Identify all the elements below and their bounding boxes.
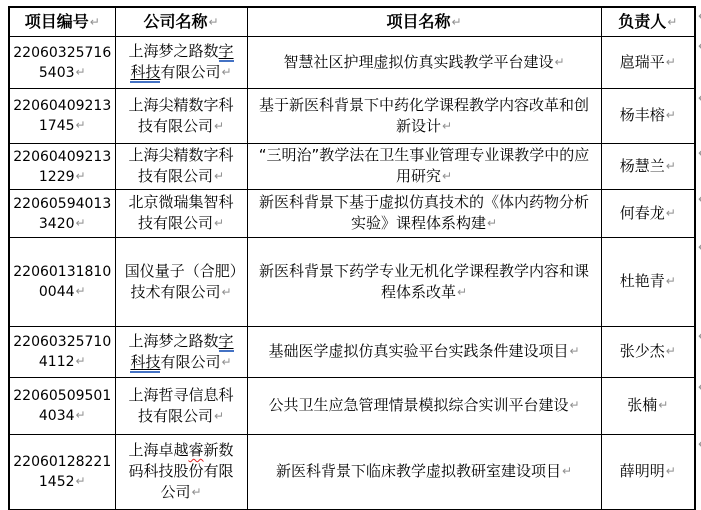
cell-leader[interactable]: 张少杰↵ [601, 327, 695, 378]
leader-text: 杨丰榕 [620, 106, 665, 124]
table-row: 220601318100044↵ 国仪量子（合肥）技术有限公司↵ 新医科背景下药… [9, 238, 695, 327]
cell-company[interactable]: 上海卓越睿新数码科技股份有限公司↵ [115, 435, 247, 510]
paragraph-mark: ↵ [666, 464, 676, 478]
paragraph-mark: ↵ [457, 285, 467, 299]
header-cell-project-id[interactable]: 项目编号↵ [9, 7, 115, 37]
paragraph-mark: ↵ [76, 354, 86, 368]
company-text-segment: 上海梦之路数 [128, 42, 218, 60]
paragraph-mark: ↵ [221, 65, 231, 79]
cell-leader[interactable]: 杨慧兰↵ [601, 144, 695, 190]
table-row: 220603257104112↵ 上海梦之路数字科技有限公司↵ 基础医学虚拟仿真… [9, 327, 695, 378]
header-label: 负责人 [618, 12, 666, 31]
paragraph-mark: ↵ [214, 409, 224, 423]
paragraph-mark: ↵ [658, 398, 668, 412]
company-text: 上海梦之路数字科技有限公司 [128, 42, 233, 83]
cell-project-name[interactable]: 智慧社区护理虚拟仿真实践教学平台建设↵ [247, 37, 601, 89]
cell-project-name[interactable]: 新医科背景下基于虚拟仿真技术的《体内药物分析实验》课程体系构建↵ [247, 190, 601, 238]
table-row: 220601282211452↵ 上海卓越睿新数码科技股份有限公司↵ 新医科背景… [9, 435, 695, 510]
paragraph-mark: ↵ [667, 15, 677, 29]
cell-company[interactable]: 上海梦之路数字科技有限公司↵ [115, 37, 247, 89]
header-cell-company[interactable]: 公司名称↵ [115, 7, 247, 37]
header-cell-leader[interactable]: 负责人↵ [601, 7, 695, 37]
paragraph-mark: ↵ [90, 15, 100, 29]
paragraph-mark: ↵ [442, 119, 452, 133]
table-row: 220603257165403↵ 上海梦之路数字科技有限公司↵ 智慧社区护理虚拟… [9, 37, 695, 89]
paragraph-mark: ↵ [666, 159, 676, 173]
paragraph-mark: ↵ [76, 169, 86, 183]
company-text-segment: 有限公司 [160, 63, 220, 81]
project-name-text: 公共卫生应急管理情景模拟综合实训平台建设 [268, 396, 568, 414]
table-row: 220605940133420↵ 北京微瑞集智科技有限公司↵ 新医科背景下基于虚… [9, 190, 695, 238]
project-name-text: 智慧社区护理虚拟仿真实践教学平台建设 [283, 53, 553, 71]
leader-text: 张少杰 [620, 342, 665, 360]
paragraph-mark: ↵ [214, 169, 224, 183]
cell-project-id[interactable]: 220601282211452↵ [9, 435, 115, 510]
paragraph-mark: ↵ [562, 464, 572, 478]
project-id-text: 220601282211452 [13, 454, 111, 490]
table-row: 220604092131229↵ 上海尖精数字科技有限公司↵ “三明治”教学法在… [9, 144, 695, 190]
paragraph-mark: ↵ [208, 15, 218, 29]
cell-company[interactable]: 上海梦之路数字科技有限公司↵ [115, 327, 247, 378]
leader-text: 扈瑞平 [620, 53, 665, 71]
company-text-segment: 上海卓越 [128, 441, 188, 459]
company-text-segment: 有限公司 [160, 353, 220, 371]
cell-company[interactable]: 上海尖精数字科技有限公司↵ [115, 89, 247, 144]
cell-leader[interactable]: 扈瑞平↵ [601, 37, 695, 89]
project-name-text: “三明治”教学法在卫生事业管理专业课教学中的应用研究 [259, 146, 590, 185]
cell-project-name[interactable]: 基础医学虚拟仿真实验平台实践条件建设项目↵ [247, 327, 601, 378]
table-row: 220605095014034↵ 上海哲寻信息科技有限公司↵ 公共卫生应急管理情… [9, 378, 695, 435]
project-id-text: 220603257165403 [13, 45, 111, 81]
header-label: 项目编号 [25, 12, 89, 31]
cell-project-name[interactable]: 公共卫生应急管理情景模拟综合实训平台建设↵ [247, 378, 601, 435]
cell-company[interactable]: 上海尖精数字科技有限公司↵ [115, 144, 247, 190]
company-text: 上海梦之路数字科技有限公司 [128, 332, 233, 373]
paragraph-mark: ↵ [666, 206, 676, 220]
spellcheck-underline: 睿 [188, 441, 203, 459]
project-name-text: 新医科背景下基于虚拟仿真技术的《体内药物分析实验》课程体系构建 [259, 193, 589, 232]
project-id-text: 220605940133420 [13, 196, 111, 232]
paragraph-mark: ↵ [76, 216, 86, 230]
company-text: 上海卓越睿新数码科技股份有限公司 [128, 441, 233, 501]
document-page: 项目编号↵ 公司名称↵ 项目名称↵ 负责人↵ 220603257165403↵ … [0, 0, 701, 510]
cell-project-name[interactable]: 新医科背景下临床教学虚拟教研室建设项目↵ [247, 435, 601, 510]
cell-project-id[interactable]: 220604092131745↵ [9, 89, 115, 144]
cell-project-id[interactable]: 220605940133420↵ [9, 190, 115, 238]
cell-project-name[interactable]: 基于新医科背景下中药化学课程教学内容改革和创新设计↵ [247, 89, 601, 144]
project-id-text: 220604092131229 [13, 149, 111, 185]
leader-text: 杜艳青 [620, 272, 665, 290]
paragraph-mark: ↵ [569, 344, 579, 358]
cell-project-id[interactable]: 220603257165403↵ [9, 37, 115, 89]
project-name-text: 新医科背景下临床教学虚拟教研室建设项目 [276, 462, 561, 480]
company-text-segment: 上海梦之路数 [128, 332, 218, 350]
project-id-text: 220603257104112 [13, 334, 111, 370]
paragraph-mark: ↵ [221, 285, 231, 299]
paragraph-mark: ↵ [554, 55, 564, 69]
leader-text: 杨慧兰 [620, 157, 665, 175]
project-name-text: 基于新医科背景下中药化学课程教学内容改革和创新设计 [259, 96, 589, 135]
paragraph-mark: ↵ [666, 344, 676, 358]
paragraph-mark: ↵ [76, 408, 86, 422]
project-id-text: 220601318100044 [13, 264, 111, 300]
header-cell-project-name[interactable]: 项目名称↵ [247, 7, 601, 37]
cell-project-name[interactable]: 新医科背景下药学专业无机化学课程教学内容和课程体系改革↵ [247, 238, 601, 327]
table-row: 220604092131745↵ 上海尖精数字科技有限公司↵ 基于新医科背景下中… [9, 89, 695, 144]
paragraph-mark: ↵ [214, 119, 224, 133]
cell-project-name[interactable]: “三明治”教学法在卫生事业管理专业课教学中的应用研究↵ [247, 144, 601, 190]
cell-project-id[interactable]: 220605095014034↵ [9, 378, 115, 435]
paragraph-mark: ↵ [451, 15, 461, 29]
header-label: 项目名称 [386, 12, 450, 31]
project-name-text: 新医科背景下药学专业无机化学课程教学内容和课程体系改革 [259, 262, 589, 301]
leader-text: 何春龙 [620, 204, 665, 222]
paragraph-mark: ↵ [214, 216, 224, 230]
paragraph-mark: ↵ [442, 169, 452, 183]
paragraph-mark: ↵ [487, 216, 497, 230]
paragraph-mark: ↵ [666, 274, 676, 288]
paragraph-mark: ↵ [76, 118, 86, 132]
cell-project-id[interactable]: 220604092131229↵ [9, 144, 115, 190]
paragraph-mark: ↵ [76, 284, 86, 298]
cell-leader[interactable]: 杨丰榕↵ [601, 89, 695, 144]
cell-company[interactable]: 国仪量子（合肥）技术有限公司↵ [115, 238, 247, 327]
paragraph-mark: ↵ [191, 485, 201, 499]
project-id-text: 220604092131745 [13, 98, 111, 134]
project-id-text: 220605095014034 [13, 388, 111, 424]
leader-text: 张楠 [627, 396, 657, 414]
cell-leader[interactable]: 薛明明↵ [601, 435, 695, 510]
project-name-text: 基础医学虚拟仿真实验平台实践条件建设项目 [268, 342, 568, 360]
cell-company[interactable]: 上海哲寻信息科技有限公司↵ [115, 378, 247, 435]
leader-text: 薛明明 [620, 462, 665, 480]
paragraph-mark: ↵ [569, 398, 579, 412]
paragraph-mark: ↵ [76, 474, 86, 488]
projects-table: 项目编号↵ 公司名称↵ 项目名称↵ 负责人↵ 220603257165403↵ … [8, 6, 696, 510]
paragraph-mark: ↵ [76, 65, 86, 79]
paragraph-mark: ↵ [666, 108, 676, 122]
cell-project-id[interactable]: 220603257104112↵ [9, 327, 115, 378]
cell-company[interactable]: 北京微瑞集智科技有限公司↵ [115, 190, 247, 238]
paragraph-mark: ↵ [221, 355, 231, 369]
table-header-row: 项目编号↵ 公司名称↵ 项目名称↵ 负责人↵ [9, 7, 695, 37]
cell-leader[interactable]: 何春龙↵ [601, 190, 695, 238]
header-label: 公司名称 [143, 12, 207, 31]
cell-project-id[interactable]: 220601318100044↵ [9, 238, 115, 327]
paragraph-mark: ↵ [666, 55, 676, 69]
cell-leader[interactable]: 张楠↵ [601, 378, 695, 435]
cell-leader[interactable]: 杜艳青↵ [601, 238, 695, 327]
